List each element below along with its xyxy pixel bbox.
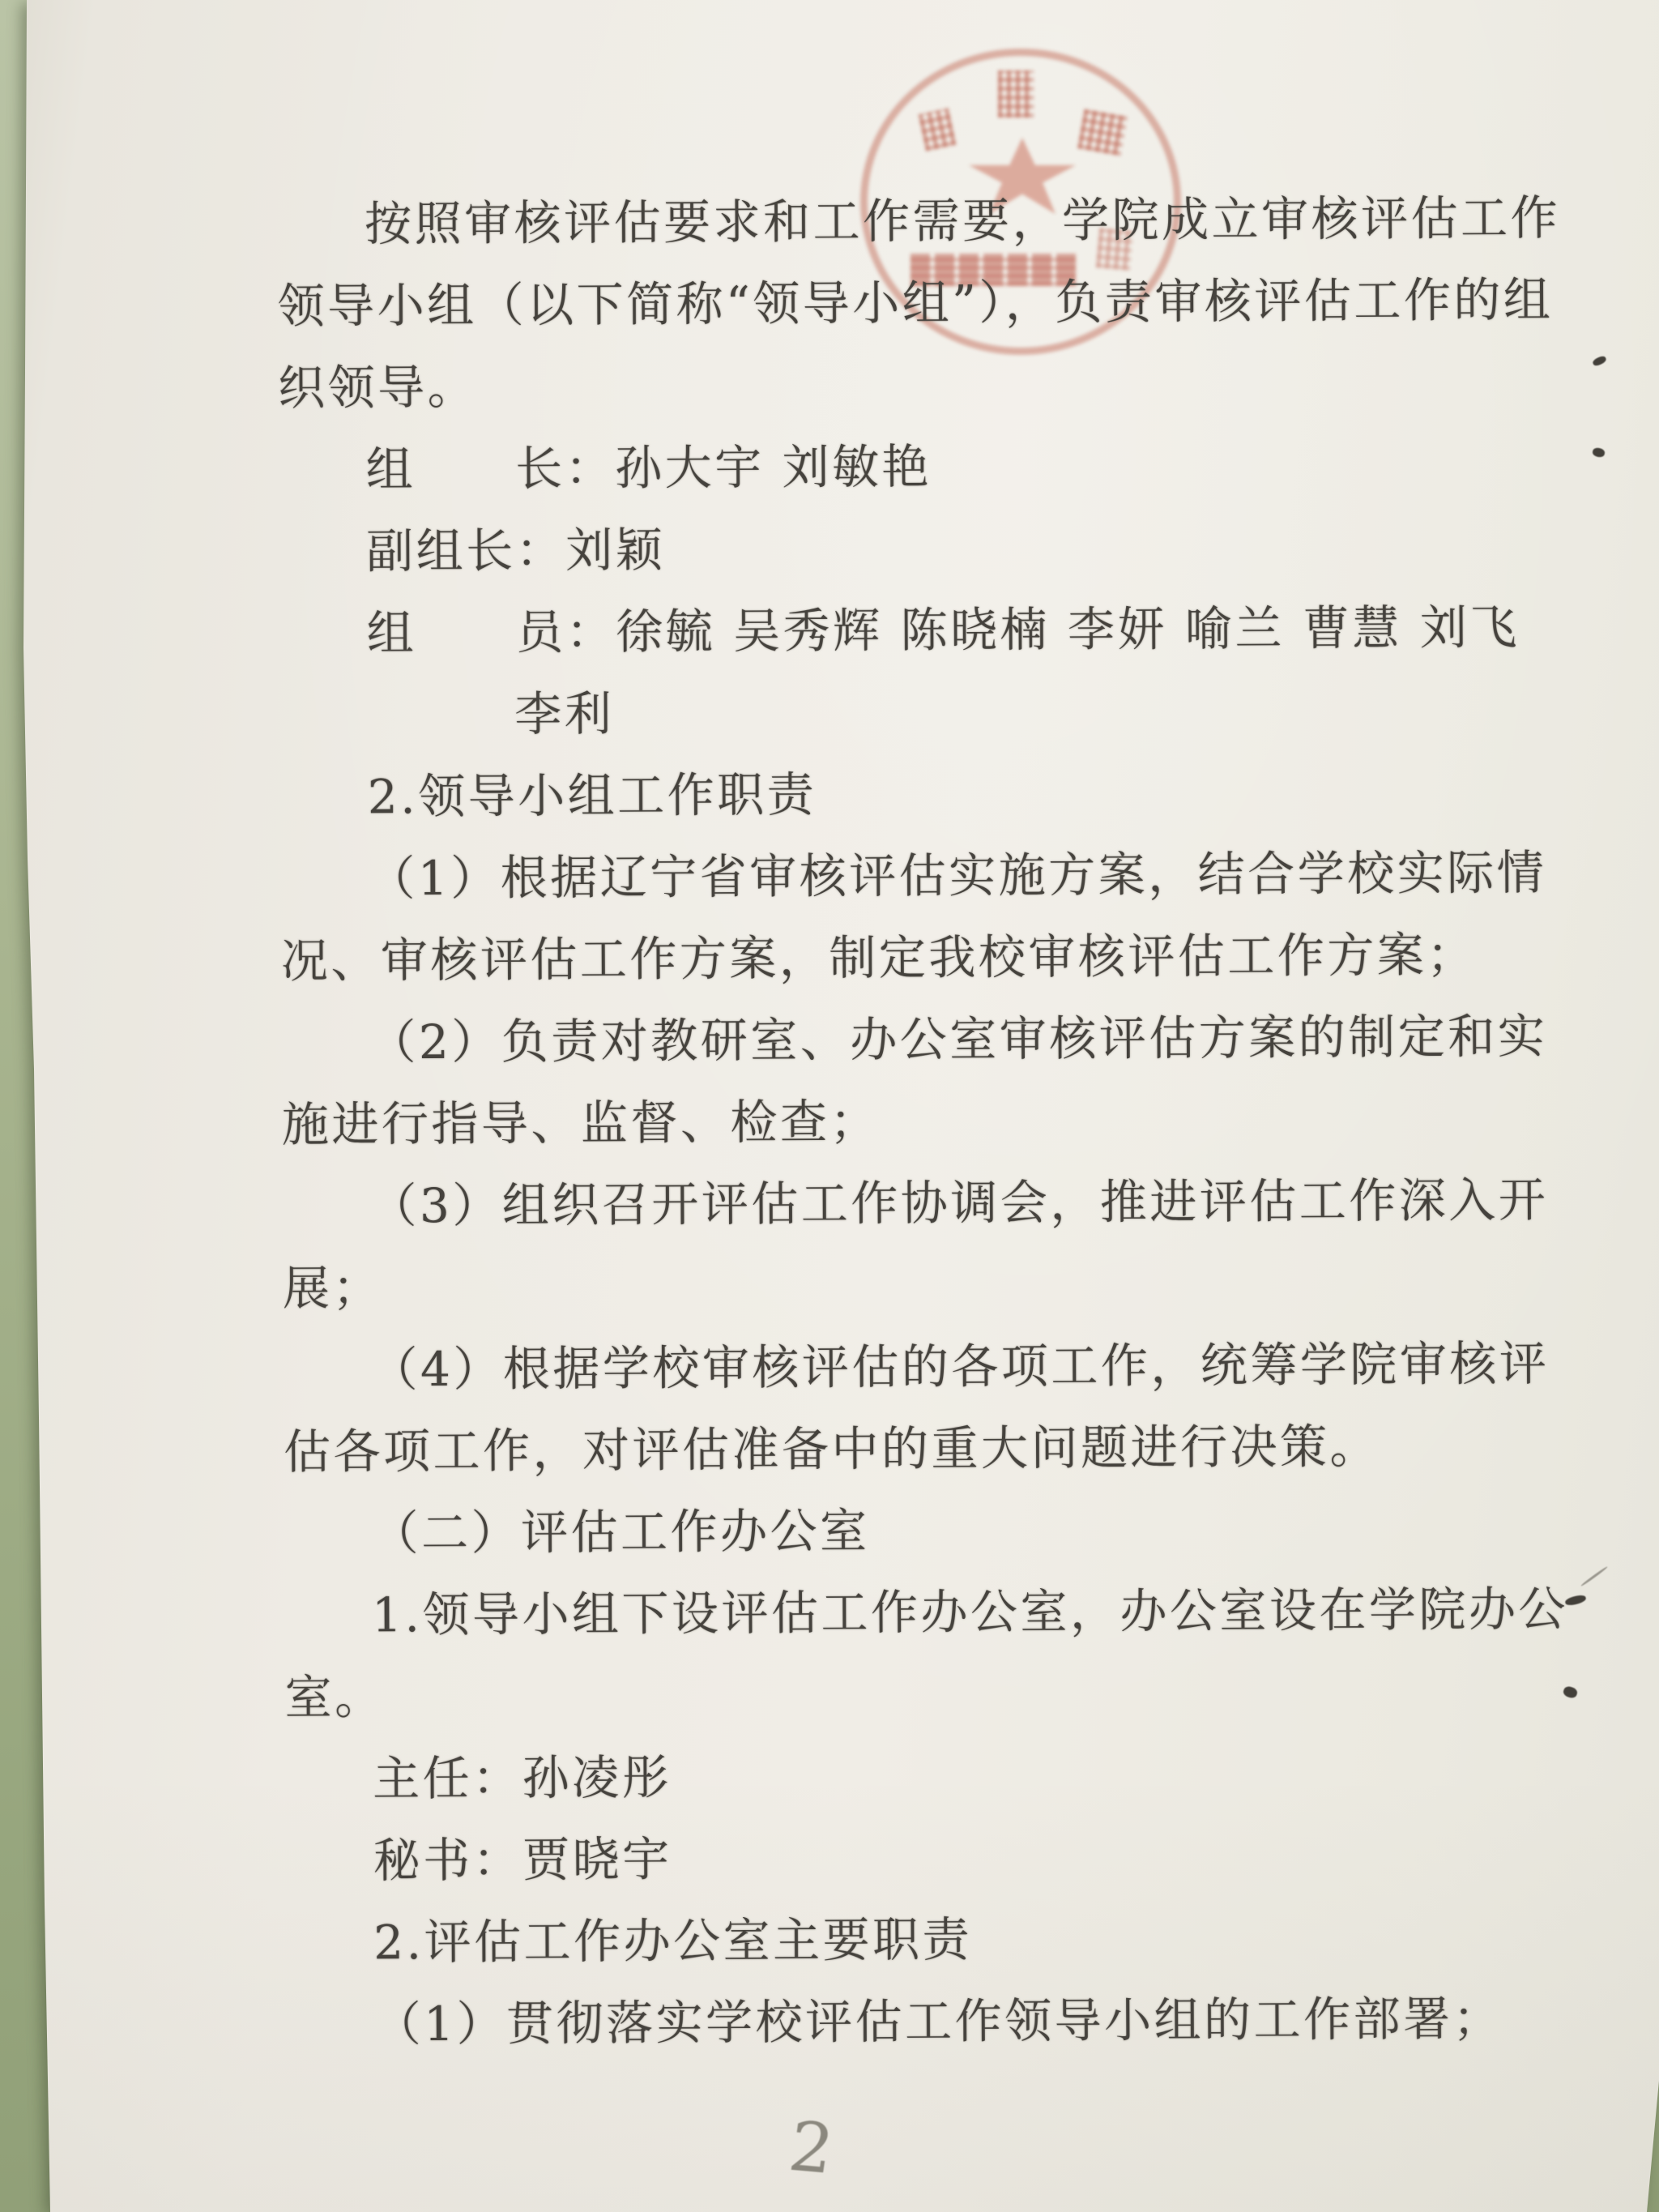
text-line-16: 估各项工作，对评估准备中的重大问题进行决策。 [284, 1419, 1512, 1507]
text-line-22: 2.评估工作办公室主要职责 [286, 1910, 1514, 1998]
text-line-12: 施进行指导、监督、检查； [282, 1091, 1510, 1180]
paper-sheet: 按照审核评估要求和工作需要，学院成立审核评估工作领导小组（以下简称“领导小组”）… [0, 0, 1659, 2212]
ink-speck [1592, 355, 1607, 367]
ink-speck [1592, 447, 1606, 459]
text-line-2: 领导小组（以下简称“领导小组”），负责审核评估工作的组 [277, 273, 1505, 361]
text-line-9: （1）根据辽宁省审核评估实施方案，结合学校实际情 [280, 846, 1508, 934]
text-block: 按照审核评估要求和工作需要，学院成立审核评估工作领导小组（以下简称“领导小组”）… [277, 191, 1514, 2080]
text-line-3: 织领导。 [278, 355, 1506, 443]
text-line-21: 秘书：贾晓宇 [286, 1828, 1514, 1916]
stamp-glyph [998, 70, 1034, 117]
text-line-17: （二）评估工作办公室 [284, 1501, 1512, 1589]
text-line-14: 展； [283, 1255, 1511, 1343]
text-line-8: 2.领导小组工作职责 [280, 764, 1508, 852]
ink-speck [1562, 1685, 1578, 1700]
text-line-7: 李利 [279, 682, 1508, 771]
page-number: 2 [784, 2107, 838, 2189]
ink-speck [1580, 1566, 1608, 1587]
text-line-20: 主任：孙凌彤 [285, 1746, 1513, 1834]
text-line-18: 1.领导小组下设评估工作办公室，办公室设在学院办公 [284, 1582, 1512, 1671]
text-line-10: 况、审核评估工作方案，制定我校审核评估工作方案； [281, 928, 1509, 1016]
text-line-4: 组 长：孙大宇 刘敏艳 [279, 437, 1507, 525]
text-line-1: 按照审核评估要求和工作需要，学院成立审核评估工作 [277, 191, 1505, 280]
text-line-19: 室。 [284, 1664, 1512, 1753]
text-line-5: 副组长：刘颖 [279, 519, 1507, 607]
text-line-6: 组 员：徐毓 吴秀辉 陈晓楠 李妍 喻兰 曹慧 刘飞 [279, 600, 1508, 689]
text-line-13: （3）组织召开评估工作协调会，推进评估工作深入开 [282, 1173, 1510, 1262]
text-line-23: （1）贯彻落实学校评估工作领导小组的工作部署； [287, 1992, 1515, 2080]
photo-of-document: { "document": { "page_number": "2", "lin… [0, 0, 1659, 2212]
stamp-glyph [1077, 109, 1128, 156]
paper-shadow-wrap: 按照审核评估要求和工作需要，学院成立审核评估工作领导小组（以下简称“领导小组”）… [0, 0, 1659, 2212]
text-line-15: （4）根据学校审核评估的各项工作，统筹学院审核评 [283, 1337, 1511, 1425]
text-line-11: （2）负责对教研室、办公室审核评估方案的制定和实 [281, 1010, 1509, 1098]
